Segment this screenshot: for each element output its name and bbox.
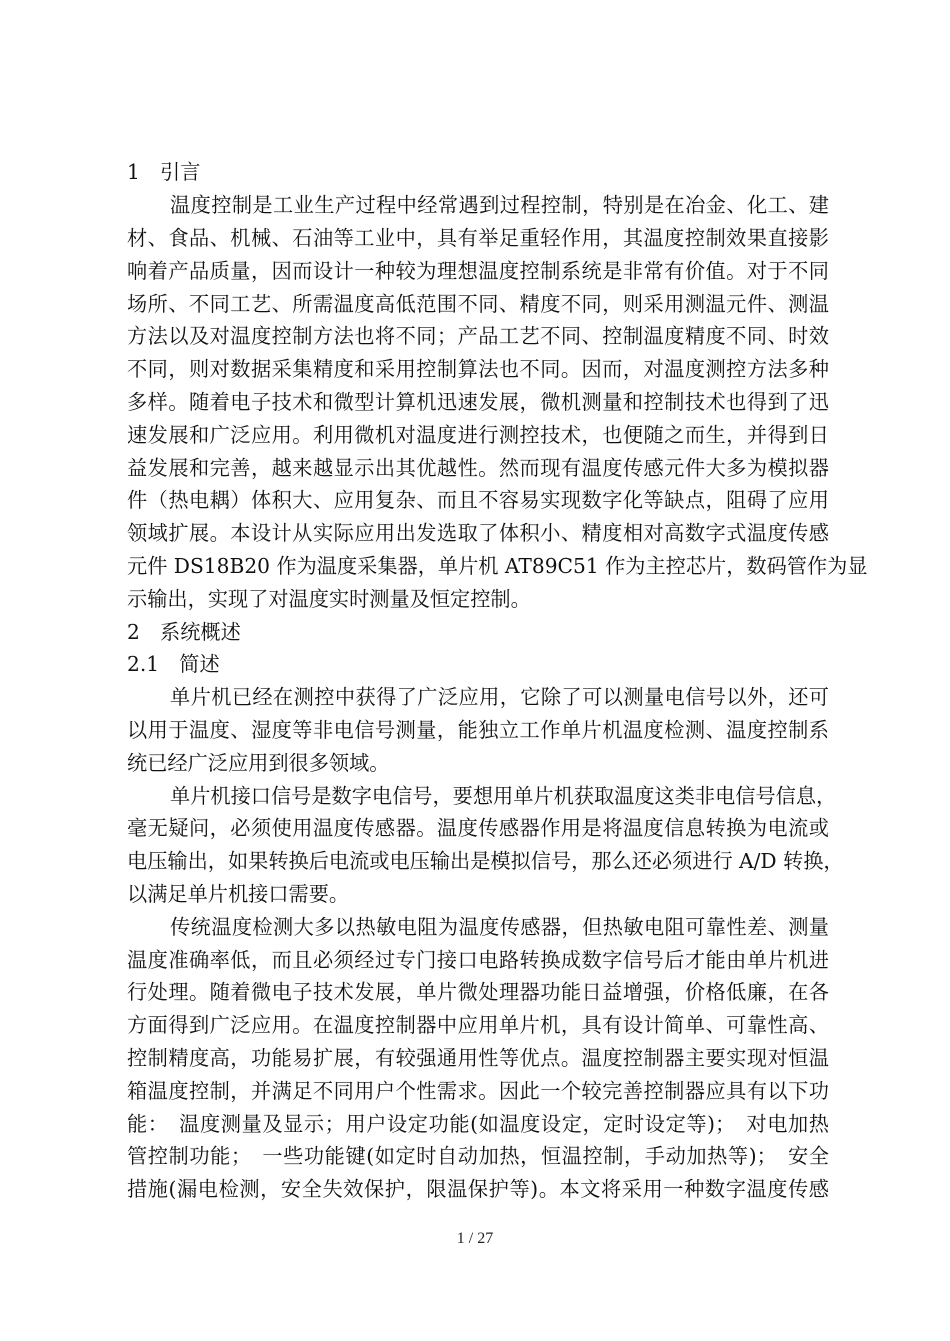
paragraph-line: 响着产品质量，因而设计一种较为理想温度控制系统是非常有价值。对于不同 <box>127 255 829 288</box>
subsection-heading-summary: 2.1 简述 <box>127 648 829 681</box>
paragraph-line: 电压输出，如果转换后电流或电压输出是模拟信号，那么还必须进行 A/D 转换， <box>127 845 829 878</box>
paragraph-line: 控制精度高，功能易扩展，有较强通用性等优点。温度控制器主要实现对恒温 <box>127 1042 829 1075</box>
paragraph-line: 示输出，实现了对温度实时测量及恒定控制。 <box>127 583 829 616</box>
paragraph-line: 件（热电耦）体积大、应用复杂、而且不容易实现数字化等缺点，阻碍了应用 <box>127 484 829 517</box>
page-number: 1 / 27 <box>0 1230 950 1248</box>
paragraph-line: 措施(漏电检测，安全失效保护，限温保护等)。本文将采用一种数字温度传感 <box>127 1173 829 1206</box>
paragraph-line: 行处理。随着微电子技术发展，单片微处理器功能日益增强，价格低廉，在各 <box>127 976 829 1009</box>
paragraph-line: 能： 温度测量及显示；用户设定功能(如温度设定，定时设定等)； 对电加热 <box>127 1108 829 1141</box>
paragraph-line: 以用于温度、湿度等非电信号测量，能独立工作单片机温度检测、温度控制系 <box>127 714 829 747</box>
paragraph-line: 方面得到广泛应用。在温度控制器中应用单片机，具有设计简单、可靠性高、 <box>127 1009 829 1042</box>
section-heading-system-overview: 2 系统概述 <box>127 616 829 649</box>
paragraph-line: 益发展和完善，越来越显示出其优越性。然而现有温度传感元件大多为模拟器 <box>127 452 829 485</box>
paragraph-line: 元件 DS18B20 作为温度采集器，单片机 AT89C51 作为主控芯片，数码… <box>127 550 829 583</box>
paragraph-line: 毫无疑问，必须使用温度传感器。温度传感器作用是将温度信息转换为电流或 <box>127 812 829 845</box>
paragraph-line: 多样。随着电子技术和微型计算机迅速发展，微机测量和控制技术也得到了迅 <box>127 386 829 419</box>
paragraph-line: 箱温度控制，并满足不同用户个性需求。因此一个较完善控制器应具有以下功 <box>127 1075 829 1108</box>
paragraph-line: 速发展和广泛应用。利用微机对温度进行测控技术，也便随之而生，并得到日 <box>127 419 829 452</box>
paragraph-line: 不同，则对数据采集精度和采用控制算法也不同。因而，对温度测控方法多种 <box>127 353 829 386</box>
paragraph-line: 统已经广泛应用到很多领域。 <box>127 747 829 780</box>
paragraph-line: 单片机已经在测控中获得了广泛应用，它除了可以测量电信号以外，还可 <box>170 681 829 714</box>
paragraph-line: 以满足单片机接口需要。 <box>127 878 829 911</box>
paragraph-line: 单片机接口信号是数字电信号，要想用单片机获取温度这类非电信号信息， <box>170 780 829 813</box>
paragraph-line: 管控制功能； 一些功能键(如定时自动加热，恒温控制，手动加热等)； 安全 <box>127 1140 829 1173</box>
paragraph-line: 温度控制是工业生产过程中经常遇到过程控制，特别是在冶金、化工、建 <box>170 189 829 222</box>
paragraph-line: 温度准确率低，而且必须经过专门接口电路转换成数字信号后才能由单片机进 <box>127 944 829 977</box>
paragraph-line: 方法以及对温度控制方法也将不同；产品工艺不同、控制温度精度不同、时效 <box>127 320 829 353</box>
paragraph-line: 领域扩展。本设计从实际应用出发选取了体积小、精度相对高数字式温度传感 <box>127 517 829 550</box>
paragraph-line: 场所、不同工艺、所需温度高低范围不同、精度不同，则采用测温元件、测温 <box>127 288 829 321</box>
paragraph-line: 传统温度检测大多以热敏电阻为温度传感器，但热敏电阻可靠性差、测量 <box>170 911 829 944</box>
paragraph-line: 材、食品、机械、石油等工业中，具有举足重轻作用，其温度控制效果直接影 <box>127 222 829 255</box>
section-heading-introduction: 1 引言 <box>127 156 829 189</box>
document-page: 1 引言 温度控制是工业生产过程中经常遇到过程控制，特别是在冶金、化工、建 材、… <box>0 0 950 1341</box>
